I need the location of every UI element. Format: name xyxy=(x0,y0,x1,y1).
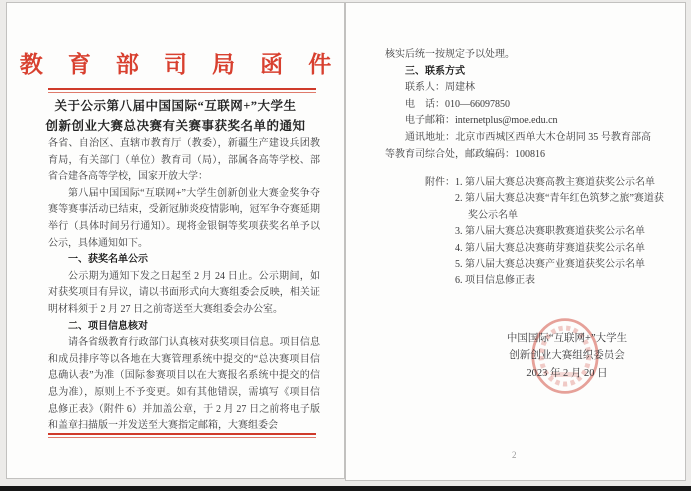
section-1-paragraph: 公示期为通知下发之日起至 2 月 24 日止。公示期间，如对获奖项目有异议，请以… xyxy=(48,269,320,319)
page1-body: 各省、自治区、直辖市教育厅（教委），新疆生产建设兵团教育局，有关部门（单位）教育… xyxy=(48,136,320,435)
attachment-item: 1. 第八届大赛总决赛高教主赛道获奖公示名单 xyxy=(455,175,665,191)
contact-email-line: 电子邮箱：internetplus@moe.edu.cn xyxy=(385,113,651,130)
contact-phone-line: 电 话：010—66097850 xyxy=(385,97,651,114)
page-number: 2 xyxy=(512,450,517,460)
section-2-paragraph: 请各省级教育行政部门认真核对获奖项目信息。项目信息和成员排序等以各地在大赛管理系… xyxy=(48,335,320,435)
letterhead-divider-rule xyxy=(48,88,316,93)
document-title: 关于公示第八届中国国际“互联网+”大学生 创新创业大赛总决赛有关赛事获奖名单的通… xyxy=(7,96,344,136)
page2-body: 核实后统一按规定予以处理。 三、联系方式 联系人：周建林 电 话：010—660… xyxy=(385,47,651,163)
continuation-paragraph: 核实后统一按规定予以处理。 xyxy=(385,47,651,64)
footer-line-thick xyxy=(48,433,316,435)
attachments-list: 1. 第八届大赛总决赛高教主赛道获奖公示名单 2. 第八届大赛总决赛“青年红色筑… xyxy=(455,175,665,290)
footer-line-thin xyxy=(48,437,316,438)
scanned-document: 教 育 部 司 局 函 件 关于公示第八届中国国际“互联网+”大学生 创新创业大… xyxy=(0,0,691,491)
signer-org-line2: 创新创业大赛组织委员会 xyxy=(432,347,691,364)
attachment-item: 6. 项目信息修正表 xyxy=(455,273,665,289)
section-heading-2: 二、项目信息核对 xyxy=(48,319,320,336)
signature-date: 2023 年 2 月 20 日 xyxy=(432,365,691,382)
scan-bottom-edge xyxy=(0,486,691,491)
document-title-line1: 关于公示第八届中国国际“互联网+”大学生 xyxy=(7,96,344,116)
attachment-item: 2. 第八届大赛总决赛“青年红色筑梦之旅”赛道获奖公示名单 xyxy=(455,191,665,224)
attachment-item: 3. 第八届大赛总决赛职教赛道获奖公示名单 xyxy=(455,224,665,240)
salutation-paragraph: 各省、自治区、直辖市教育厅（教委），新疆生产建设兵团教育局，有关部门（单位）教育… xyxy=(48,136,320,186)
attachments-label: 附件： xyxy=(385,175,455,290)
document-title-line2: 创新创业大赛总决赛有关赛事获奖名单的通知 xyxy=(7,116,344,136)
section-heading-1: 一、获奖名单公示 xyxy=(48,252,320,269)
divider-line-thin xyxy=(48,92,316,93)
section-heading-3: 三、联系方式 xyxy=(385,64,651,81)
contact-person-line: 联系人：周建林 xyxy=(385,80,651,97)
signature-block: 中国国际“互联网+”大学生 创新创业大赛组织委员会 2023 年 2 月 20 … xyxy=(432,330,691,382)
divider-line-thick xyxy=(48,88,316,90)
attachment-item: 4. 第八届大赛总决赛萌芽赛道获奖公示名单 xyxy=(455,241,665,257)
page1-footer-rule xyxy=(48,433,316,438)
attachments-block: 附件： 1. 第八届大赛总决赛高教主赛道获奖公示名单 2. 第八届大赛总决赛“青… xyxy=(385,175,665,290)
attachment-item: 5. 第八届大赛总决赛产业赛道获奖公示名单 xyxy=(455,257,665,273)
intro-paragraph: 第八届中国国际“互联网+”大学生创新创业大赛金奖争夺赛等赛事活动已结束，受新冠肺… xyxy=(48,186,320,252)
page-2: 核实后统一按规定予以处理。 三、联系方式 联系人：周建林 电 话：010—660… xyxy=(345,2,686,481)
contact-address-line: 通讯地址：北京市西城区西单大木仓胡同 35 号教育部高等教育司综合处，邮政编码：… xyxy=(385,130,651,163)
page-1: 教 育 部 司 局 函 件 关于公示第八届中国国际“互联网+”大学生 创新创业大… xyxy=(6,2,345,479)
letterhead-title: 教 育 部 司 局 函 件 xyxy=(7,46,344,79)
signer-org-line1: 中国国际“互联网+”大学生 xyxy=(432,330,691,347)
